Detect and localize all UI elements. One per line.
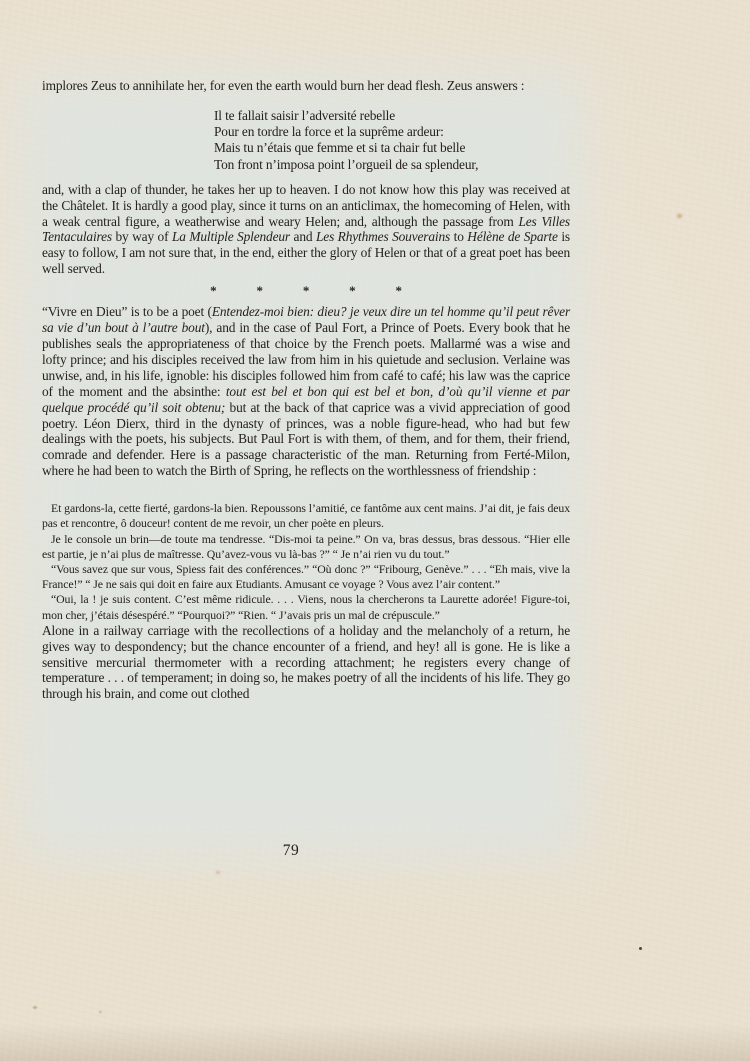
asterisk: * — [396, 284, 402, 298]
text-run: by way of — [112, 229, 172, 244]
paragraph-paul-fort: “Vivre en Dieu” is to be a poet (Entende… — [42, 304, 570, 479]
verse-line: Il te fallait saisir l’adversité rebelle — [214, 108, 570, 124]
asterisk: * — [303, 284, 309, 298]
text-run: to — [450, 229, 467, 244]
page-number: 79 — [27, 842, 555, 860]
paper-speck — [216, 871, 220, 874]
book-page: implores Zeus to annihilate her, for eve… — [0, 0, 750, 1061]
asterisk-section-divider: * * * * * — [42, 284, 570, 298]
paper-speck — [639, 947, 642, 950]
asterisk: * — [210, 284, 216, 298]
italic-title: Hélène de Sparte — [467, 229, 558, 244]
paper-speck — [677, 214, 682, 218]
verse-line: Ton front n’imposa point l’orgueil de sa… — [214, 157, 570, 173]
text-run: and — [290, 229, 316, 244]
french-verse-quotation: Il te fallait saisir l’adversité rebelle… — [214, 108, 570, 173]
page-text-column: implores Zeus to annihilate her, for eve… — [42, 78, 570, 702]
paper-speck — [99, 1011, 102, 1013]
italic-title: La Multiple Splendeur — [172, 229, 290, 244]
paragraph-helen-play: and, with a clap of thunder, he takes he… — [42, 182, 570, 277]
italic-title: Les Rhythmes Souverains — [316, 229, 450, 244]
french-prose-quotation-block: Et gardons-la, cette fierté, gardons-la … — [42, 501, 570, 623]
verse-line: Pour en tordre la force et la suprême ar… — [214, 124, 570, 140]
quote-paragraph: “Vous savez que sur vous, Spiess fait de… — [42, 562, 570, 592]
quote-paragraph: Je le console un brin—de toute ma tendre… — [42, 532, 570, 562]
paragraph-railway-carriage: Alone in a railway carriage with the rec… — [42, 623, 570, 703]
text-run: “Vivre en Dieu” is to be a poet ( — [42, 304, 212, 319]
quote-paragraph: Et gardons-la, cette fierté, gardons-la … — [42, 501, 570, 531]
text-run: and, with a clap of thunder, he takes he… — [42, 182, 570, 229]
asterisk: * — [256, 284, 262, 298]
quote-paragraph: “Oui, la ! je suis content. C’est même r… — [42, 592, 570, 622]
paper-speck — [33, 1006, 37, 1009]
paragraph-zeus-answers: implores Zeus to annihilate her, for eve… — [42, 78, 570, 94]
asterisk: * — [349, 284, 355, 298]
verse-line: Mais tu n’étais que femme et si ta chair… — [214, 140, 570, 156]
